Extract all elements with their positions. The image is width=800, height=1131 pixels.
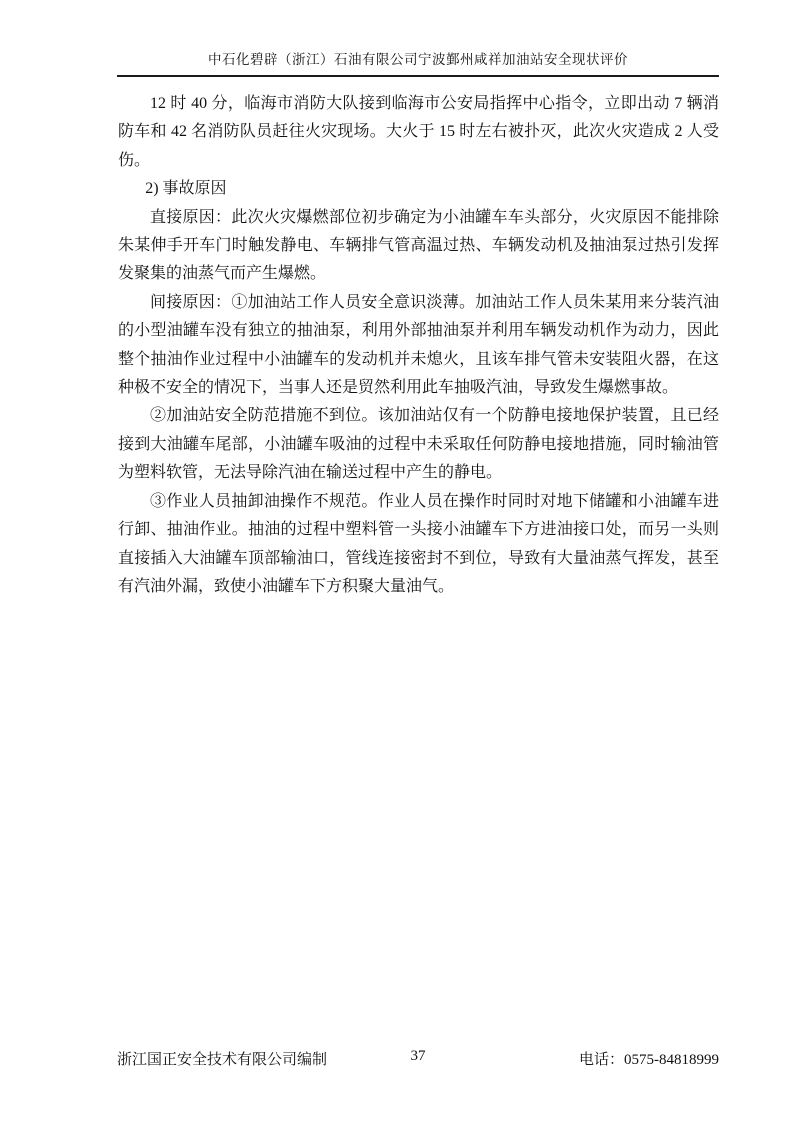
footer-company: 浙江国正安全技术有限公司编制: [117, 1048, 327, 1069]
section-heading: 2) 事故原因: [118, 175, 719, 203]
paragraph: 12 时 40 分，临海市消防大队接到临海市公安局指挥中心指令，立即出动 7 辆…: [118, 90, 719, 175]
page-footer: 浙江国正安全技术有限公司编制 37 电话：0575-84818999: [117, 1048, 719, 1070]
document-body: 12 时 40 分，临海市消防大队接到临海市公安局指挥中心指令，立即出动 7 辆…: [118, 90, 719, 601]
page-number: 37: [411, 1048, 426, 1065]
header-title: 中石化碧辟（浙江）石油有限公司宁波鄞州咸祥加油站安全现状评价: [208, 52, 628, 67]
paragraph: ②加油站安全防范措施不到位。该加油站仅有一个防静电接地保护装置，且已经接到大油罐…: [118, 402, 719, 487]
document-page: 中石化碧辟（浙江）石油有限公司宁波鄞州咸祥加油站安全现状评价 12 时 40 分…: [0, 0, 800, 1131]
footer-phone: 电话：0575-84818999: [579, 1048, 719, 1069]
page-header: 中石化碧辟（浙江）石油有限公司宁波鄞州咸祥加油站安全现状评价: [117, 48, 719, 77]
paragraph: ③作业人员抽卸油操作不规范。作业人员在操作时同时对地下储罐和小油罐车进行卸、抽油…: [118, 488, 719, 602]
paragraph: 直接原因：此次火灾爆燃部位初步确定为小油罐车车头部分，火灾原因不能排除朱某伸手开…: [118, 204, 719, 289]
paragraph: 间接原因：①加油站工作人员安全意识淡薄。加油站工作人员朱某用来分装汽油的小型油罐…: [118, 289, 719, 403]
